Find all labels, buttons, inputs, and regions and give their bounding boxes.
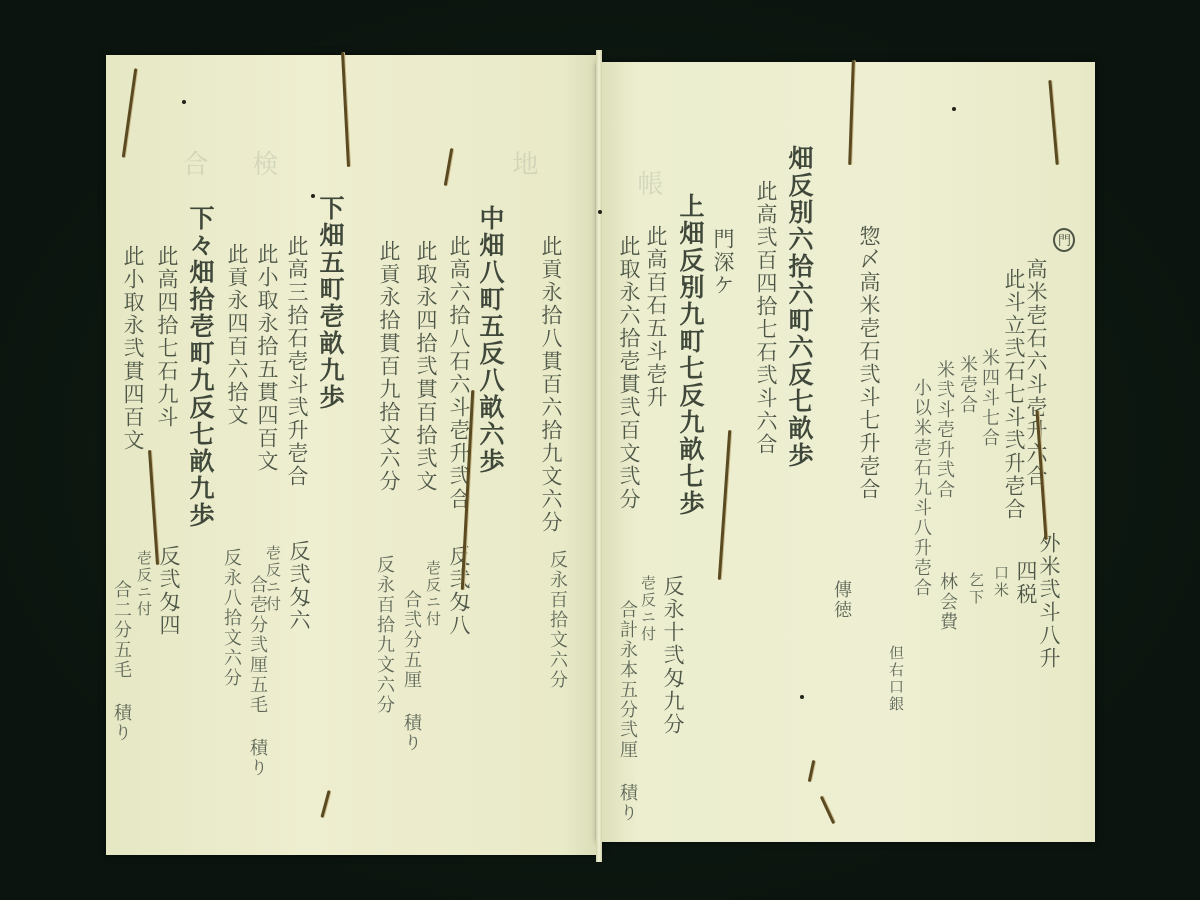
- page-mark-circle: 門: [1053, 228, 1075, 252]
- text-column: 合壱分弐厘五毛 積り: [248, 575, 266, 778]
- bleed-through-char: 帳: [630, 170, 667, 196]
- text-column: 此小取永拾五貫四百文: [256, 243, 277, 473]
- text-column: 四税: [1015, 560, 1036, 606]
- ink-dot: [182, 100, 186, 104]
- text-column-heading: 下々畑拾壱町九反七畝九歩: [188, 205, 213, 529]
- text-column: 反永十弐匁九分: [662, 575, 683, 736]
- text-column: 反永八拾文六分: [222, 548, 240, 688]
- text-column: 反弐匁六: [288, 540, 309, 632]
- text-column: 乞下: [968, 572, 983, 606]
- text-column: 此高四拾七石九斗: [156, 245, 177, 429]
- text-column-heading: 中畑八町五反八畝六歩: [478, 205, 503, 475]
- text-column: 小以米壱石九斗八升壱合: [912, 378, 930, 598]
- text-column: 外米弐斗八升: [1038, 532, 1059, 670]
- text-column: 合二分五毛 積り: [112, 580, 130, 743]
- bleed-through-char: 地: [505, 150, 542, 176]
- text-column: 此貢永拾貫百九拾文六分: [378, 240, 399, 493]
- text-column: 此取永四拾弐貫百拾弐文: [415, 240, 436, 493]
- ink-dot: [311, 194, 315, 198]
- ink-dot: [800, 695, 804, 699]
- text-column: 合計永本五分弐厘 積り: [618, 600, 636, 823]
- ink-dot: [952, 107, 956, 111]
- text-column-heading: 畑反別六拾六町六反七畝歩: [787, 145, 812, 469]
- text-column: 此斗立弐石七斗弐升壱合: [1003, 268, 1024, 521]
- ink-dot: [598, 210, 602, 214]
- text-column-heading: 上畑反別九町七反九畝七歩: [678, 193, 703, 517]
- text-column: 米弐斗壱升弐合: [935, 360, 953, 500]
- text-column: 壱反ニ付: [640, 575, 655, 643]
- text-column: 此高弐百四拾七石弐斗六合: [755, 180, 776, 456]
- text-column: 此高百石五斗壱升: [645, 225, 666, 409]
- text-column: 合弐分五厘 積り: [402, 590, 420, 753]
- text-column: 米壱合: [958, 355, 976, 415]
- text-column: 此貢永四百六拾文: [226, 243, 247, 427]
- text-column: 但右口銀: [888, 645, 903, 713]
- text-column: 此高六拾八石六斗壱升弐合: [448, 235, 469, 511]
- text-column: 此貢永拾八貫百六拾九文六分: [540, 235, 561, 534]
- text-column: 米四斗七合: [980, 348, 998, 448]
- text-column: 門深ケ: [712, 228, 733, 297]
- text-column: 壱反ニ付: [425, 560, 440, 628]
- text-column: 林会費: [938, 572, 956, 632]
- text-column: 壱反ニ付: [136, 550, 151, 618]
- text-column: 反永百拾文六分: [548, 550, 566, 690]
- text-column: 此高三拾石壱斗弐升壱合: [286, 235, 307, 488]
- text-column: 此小取永弐貫四百文: [122, 245, 143, 452]
- text-column: 反弐匁八: [448, 545, 469, 637]
- text-column: 高米壱石六斗壱升六合: [1025, 258, 1046, 488]
- text-column: 此取永六拾壱貫弐百文弐分: [618, 235, 639, 511]
- text-column: 惣〆高米壱石弐斗七升壱合: [858, 225, 879, 501]
- text-column-heading: 下畑五町壱畝九歩: [318, 195, 343, 411]
- bleed-through-char: 検: [245, 150, 282, 176]
- text-column: 口米: [993, 565, 1008, 599]
- text-column: 反弐匁四: [158, 545, 179, 637]
- text-column: 反永百拾九文六分: [375, 555, 393, 715]
- bleed-through-char: 合: [175, 150, 212, 176]
- book-gutter: [596, 50, 602, 862]
- text-column: 傳徳: [832, 580, 850, 620]
